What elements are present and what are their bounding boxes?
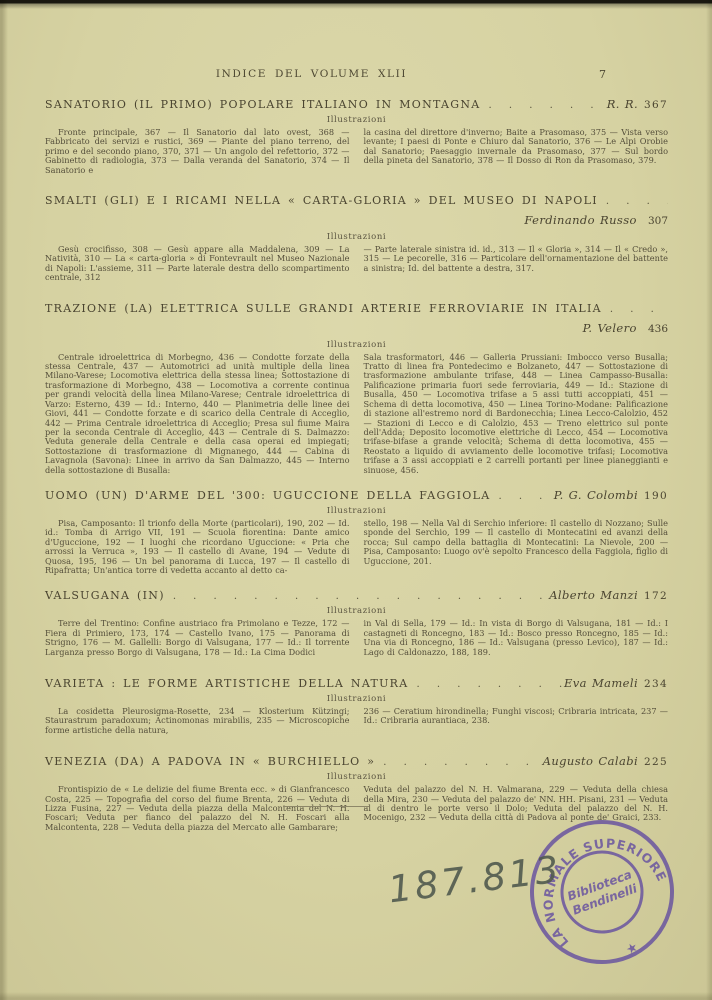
- entry-title: TRAZIONE (LA) ELETTRICA SULLE GRANDI ART…: [45, 302, 602, 315]
- illustrations-left-column: Fronte principale, 367 — Il Sanatorio da…: [45, 128, 350, 175]
- entry-title-line: SANATORIO (IL PRIMO) POPOLARE ITALIANO I…: [45, 97, 668, 111]
- entry-title: UOMO (UN) D'ARME DEL '300: UGUCCIONE DEL…: [45, 489, 490, 502]
- entry-title: SANATORIO (IL PRIMO) POPOLARE ITALIANO I…: [45, 98, 481, 111]
- entry-author: P. Velero: [583, 321, 637, 335]
- entry-author: Augusto Calabi: [543, 754, 638, 768]
- illustrations-right-column: la casina del direttore d'inverno; Baite…: [364, 128, 669, 175]
- index-entry-varieta: VARIETA : LE FORME ARTISTICHE DELLA NATU…: [45, 676, 668, 735]
- index-entry-trazione: TRAZIONE (LA) ELETTRICA SULLE GRANDI ART…: [45, 302, 668, 475]
- entry-title-line: TRAZIONE (LA) ELETTRICA SULLE GRANDI ART…: [45, 302, 668, 315]
- entry-title-line: VENEZIA (DA) A PADOVA IN « BURCHIELLO » …: [45, 754, 668, 768]
- entry-page-number: 234: [644, 678, 668, 690]
- leader-dots: . . . . . . . . . . . . . . . . . . . . …: [409, 679, 564, 690]
- entry-author-line: Ferdinando Russo 307: [45, 209, 668, 228]
- index-entry-valsugana: VALSUGANA (IN) . . . . . . . . . . . . .…: [45, 588, 668, 657]
- leader-dots: . . . . . . . . . . . . . . . . . . . . …: [375, 757, 542, 768]
- entry-author: Eva Mameli: [564, 676, 638, 690]
- folio-page-number: 7: [599, 68, 606, 81]
- illustrations-left-column: Centrale idroelettrica di Morbegno, 436 …: [45, 353, 350, 475]
- illustrations-right-column: in Val di Sella, 179 — Id.: In vista di …: [364, 619, 669, 657]
- entry-title-line: UOMO (UN) D'ARME DEL '300: UGUCCIONE DEL…: [45, 488, 668, 502]
- leader-dots: . . . . . . . . . . . . . . . .: [602, 304, 668, 315]
- entry-title-line: SMALTI (GLI) E I RICAMI NELLA « CARTA-GL…: [45, 194, 668, 207]
- illustrations-list: Pisa, Camposanto: Il trionfo della Morte…: [45, 519, 668, 575]
- index-entry-sanatorio: SANATORIO (IL PRIMO) POPOLARE ITALIANO I…: [45, 97, 668, 175]
- illustrations-label: Illustrazioni: [45, 606, 668, 616]
- illustrations-label: Illustrazioni: [45, 232, 668, 242]
- entry-author-line: P. Velero 436: [45, 317, 668, 336]
- entry-author: Alberto Manzi: [549, 588, 638, 602]
- index-text-block: INDICE DEL VOLUME XLII 7 SANATORIO (IL P…: [45, 0, 668, 832]
- entry-title: VALSUGANA (IN): [45, 589, 165, 602]
- entry-page-number: 225: [644, 756, 668, 768]
- illustrations-label: Illustrazioni: [45, 340, 668, 350]
- index-entry-uomo-darme: UOMO (UN) D'ARME DEL '300: UGUCCIONE DEL…: [45, 488, 668, 575]
- illustrations-list: Gesù crocifisso, 308 — Gesù appare alla …: [45, 245, 668, 283]
- section-divider-rule: [283, 806, 369, 807]
- illustrations-list: Terre del Trentino: Confine austriaco fr…: [45, 619, 668, 657]
- illustrations-right-column: — Parte laterale sinistra id. id., 313 —…: [364, 245, 669, 283]
- entry-page-number: 436: [648, 323, 668, 335]
- illustrations-right-column: Sala trasformatori, 446 — Galleria Pruss…: [364, 353, 669, 475]
- entry-author: R. R.: [607, 97, 638, 111]
- entry-page-number: 307: [648, 215, 668, 227]
- entry-author: Ferdinando Russo: [524, 213, 637, 227]
- illustrations-left-column: Terre del Trentino: Confine austriaco fr…: [45, 619, 350, 657]
- illustrations-right-column: 236 — Ceratium hirondinella; Funghi visc…: [364, 707, 669, 735]
- entry-title-line: VARIETA : LE FORME ARTISTICHE DELLA NATU…: [45, 676, 668, 690]
- illustrations-list: La cosidetta Pleurosigma-Rosette, 234 — …: [45, 707, 668, 735]
- illustrations-left-column: Frontispizio de « Le delizie del fiume B…: [45, 785, 350, 832]
- leader-dots: . . . . . . . . . . . . . . . . . . . . …: [165, 591, 549, 602]
- page-header: INDICE DEL VOLUME XLII 7: [45, 68, 668, 82]
- leader-dots: . . . . . . . . . . . . . . . .: [598, 196, 668, 207]
- illustrations-label: Illustrazioni: [45, 506, 668, 516]
- entry-title: SMALTI (GLI) E I RICAMI NELLA « CARTA-GL…: [45, 194, 598, 207]
- illustrations-label: Illustrazioni: [45, 694, 668, 704]
- entry-page-number: 190: [644, 490, 668, 502]
- entry-title: VENEZIA (DA) A PADOVA IN « BURCHIELLO »: [45, 755, 375, 768]
- illustrations-left-column: Pisa, Camposanto: Il trionfo della Morte…: [45, 519, 350, 575]
- entry-title-line: VALSUGANA (IN) . . . . . . . . . . . . .…: [45, 588, 668, 602]
- entry-page-number: 367: [644, 99, 668, 111]
- index-entry-smalti: SMALTI (GLI) E I RICAMI NELLA « CARTA-GL…: [45, 194, 668, 283]
- leader-dots: . . . . . . . . . . . . . . . . . . . .: [490, 491, 553, 502]
- illustrations-list: Centrale idroelettrica di Morbegno, 436 …: [45, 353, 668, 475]
- entry-author: P. G. Colombi: [554, 488, 638, 502]
- leader-dots: . . . . . . . . . . . . . . . . . . . . …: [481, 100, 607, 111]
- entry-page-number: 172: [644, 590, 668, 602]
- illustrations-label: Illustrazioni: [45, 772, 668, 782]
- illustrations-right-column: stello, 198 — Nella Val di Serchio infer…: [364, 519, 669, 575]
- stamp-star-icon: ★: [624, 940, 641, 959]
- entry-title: VARIETA : LE FORME ARTISTICHE DELLA NATU…: [45, 677, 409, 690]
- illustrations-left-column: La cosidetta Pleurosigma-Rosette, 234 — …: [45, 707, 350, 735]
- illustrations-left-column: Gesù crocifisso, 308 — Gesù appare alla …: [45, 245, 350, 283]
- index-header-title: INDICE DEL VOLUME XLII: [0, 68, 623, 80]
- illustrations-list: Fronte principale, 367 — Il Sanatorio da…: [45, 128, 668, 175]
- scanned-book-page: INDICE DEL VOLUME XLII 7 SANATORIO (IL P…: [0, 0, 712, 1000]
- illustrations-label: Illustrazioni: [45, 115, 668, 125]
